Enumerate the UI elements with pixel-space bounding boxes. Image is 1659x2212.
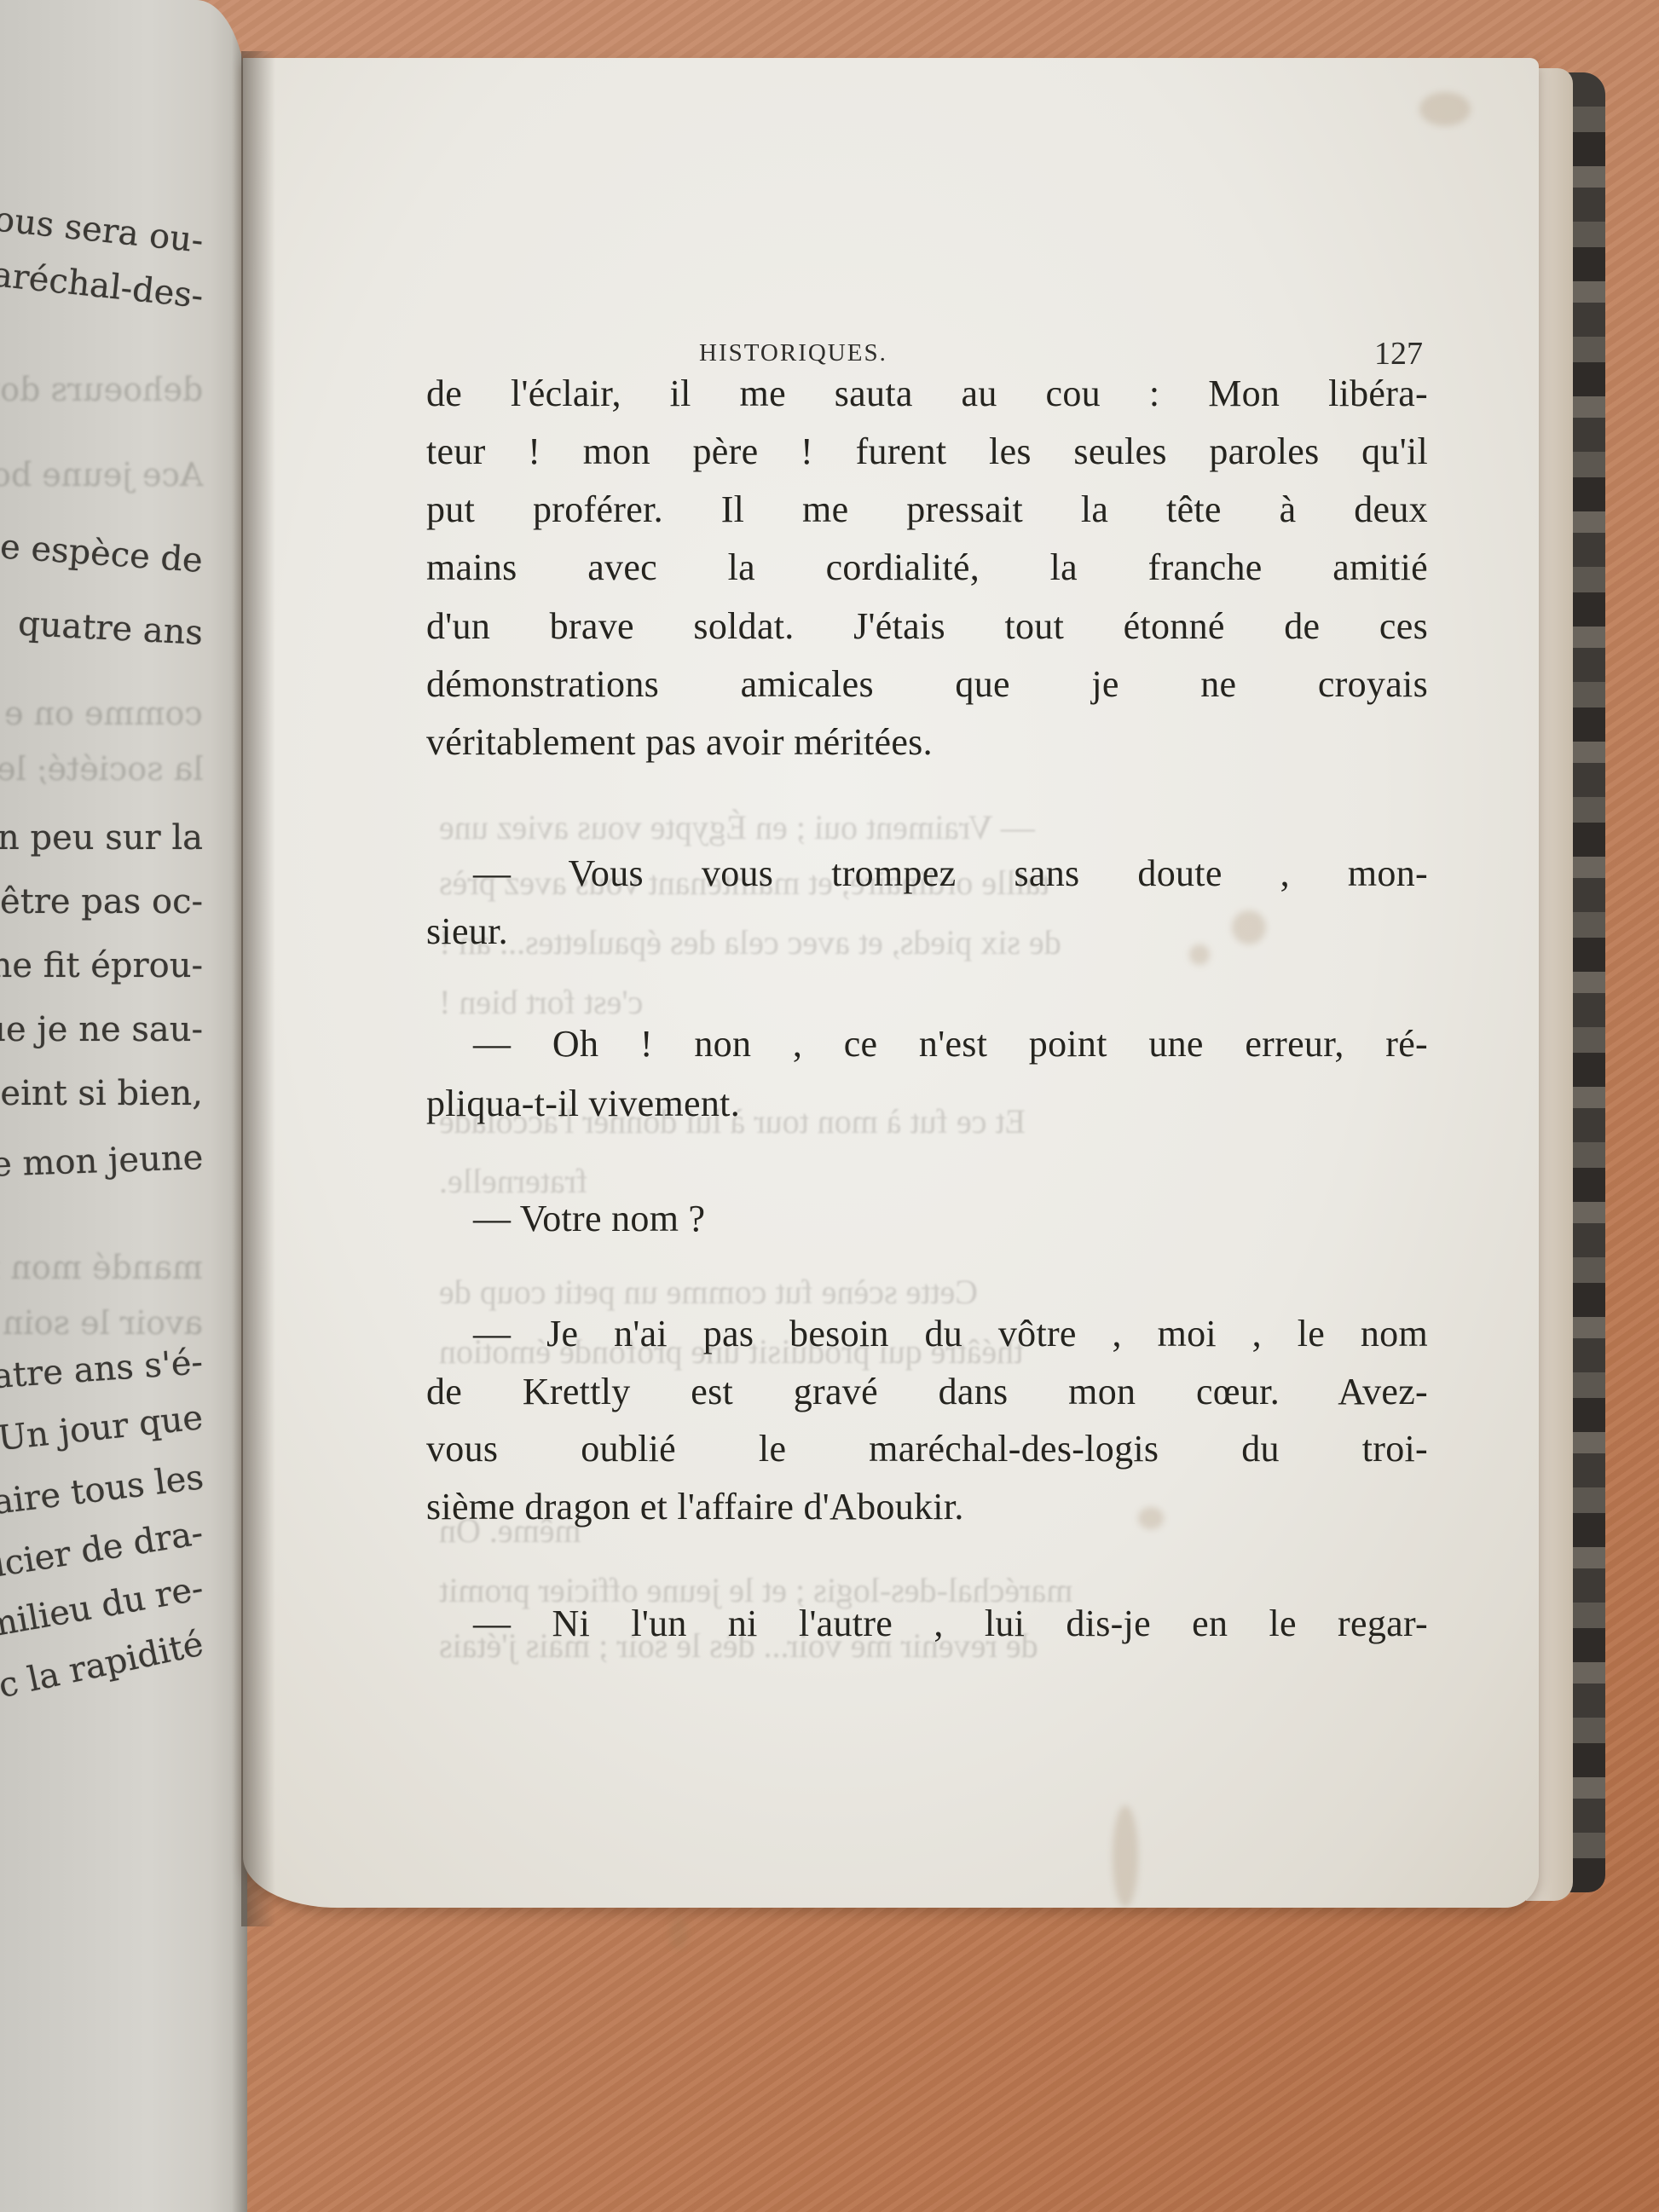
left-bleedthrough-line: mandé mon n bbox=[0, 1249, 203, 1286]
left-bleedthrough-line: avoir le soin bbox=[3, 1304, 203, 1342]
left-text-fragment: maréchal-des- bbox=[0, 251, 205, 316]
text-line: sieur. bbox=[426, 908, 1428, 956]
right-page: — Vraiment oui ; en Égypte vous aviez un… bbox=[243, 58, 1539, 1908]
text-line: — Ni l'un ni l'autre , lui dis-je en le … bbox=[426, 1600, 1428, 1648]
foxing-stain bbox=[1419, 92, 1471, 126]
foxing-stain bbox=[1113, 1805, 1138, 1908]
left-text-fragment: ue je ne sau- bbox=[0, 1010, 203, 1049]
text-line: put proférer. Il me pressait la tête à d… bbox=[426, 486, 1428, 534]
text-line: véritablement pas avoir méritées. bbox=[426, 719, 1428, 766]
left-bleedthrough-line: la société; le bbox=[0, 750, 203, 788]
text-line: — Je n'ai pas besoin du vôtre , moi , le… bbox=[426, 1310, 1428, 1358]
left-text-fragment: taire tous les bbox=[0, 1458, 205, 1524]
text-line: de l'éclair, il me sauta au cou : Mon li… bbox=[426, 370, 1428, 418]
left-text-fragment: e mon jeune bbox=[0, 1138, 204, 1185]
left-bleedthrough-line: dehoeurs dor bbox=[0, 371, 203, 408]
left-bleedthrough-line: Ace jeune bo bbox=[0, 456, 203, 494]
text-line: teur ! mon père ! furent les seules paro… bbox=[426, 428, 1428, 476]
left-text-fragment: ne fit éprou- bbox=[0, 946, 203, 985]
bleedthrough-line: Cette scène fut comme un petit coup de bbox=[243, 1272, 1539, 1312]
text-line: vous oublié le maréchal-des-logis du tro… bbox=[426, 1425, 1428, 1473]
spine-shadow bbox=[241, 51, 275, 1926]
left-text-fragment: uatre ans s'é- bbox=[0, 1343, 205, 1398]
left-text-fragment: peint si bien, bbox=[0, 1074, 203, 1113]
left-page: dehoeurs dorAce jeune bocomme on ela soc… bbox=[0, 0, 247, 2212]
left-text-fragment: un peu sur la bbox=[0, 818, 203, 858]
page-number: 127 bbox=[1374, 335, 1423, 373]
bleedthrough-line: — Vraiment oui ; en Égypte vous aviez un… bbox=[243, 807, 1539, 847]
text-line: — Oh ! non , ce n'est point une erreur, … bbox=[426, 1020, 1428, 1068]
text-line: d'un brave soldat. J'étais tout étonné d… bbox=[426, 603, 1428, 650]
text-line: sième dragon et l'affaire d'Aboukir. bbox=[426, 1483, 1428, 1531]
text-line: — Vous vous trompez sans doute , mon- bbox=[426, 850, 1428, 898]
bleedthrough-line: c'est fort bien ! bbox=[243, 982, 1539, 1022]
foxing-stain bbox=[669, 1916, 688, 1950]
left-text-fragment: t-être pas oc- bbox=[0, 882, 203, 921]
left-text-fragment: . Un jour que bbox=[0, 1398, 205, 1461]
text-line: de Krettly est gravé dans mon cœur. Avez… bbox=[426, 1368, 1428, 1416]
left-text-fragment: ne espèce de bbox=[0, 526, 205, 580]
text-line: démonstrations amicales que je ne croyai… bbox=[426, 661, 1428, 708]
running-head: HISTORIQUES. bbox=[699, 339, 887, 367]
left-text-fragment: ous sera ou- bbox=[0, 199, 205, 260]
text-line: pliqua-t-il vivement. bbox=[426, 1080, 1428, 1128]
text-line: — Votre nom ? bbox=[426, 1195, 1428, 1243]
left-bleedthrough-line: comme on e bbox=[4, 695, 203, 732]
left-text-fragment: quatre ans bbox=[17, 604, 204, 653]
text-line: mains avec la cordialité, la franche ami… bbox=[426, 544, 1428, 592]
